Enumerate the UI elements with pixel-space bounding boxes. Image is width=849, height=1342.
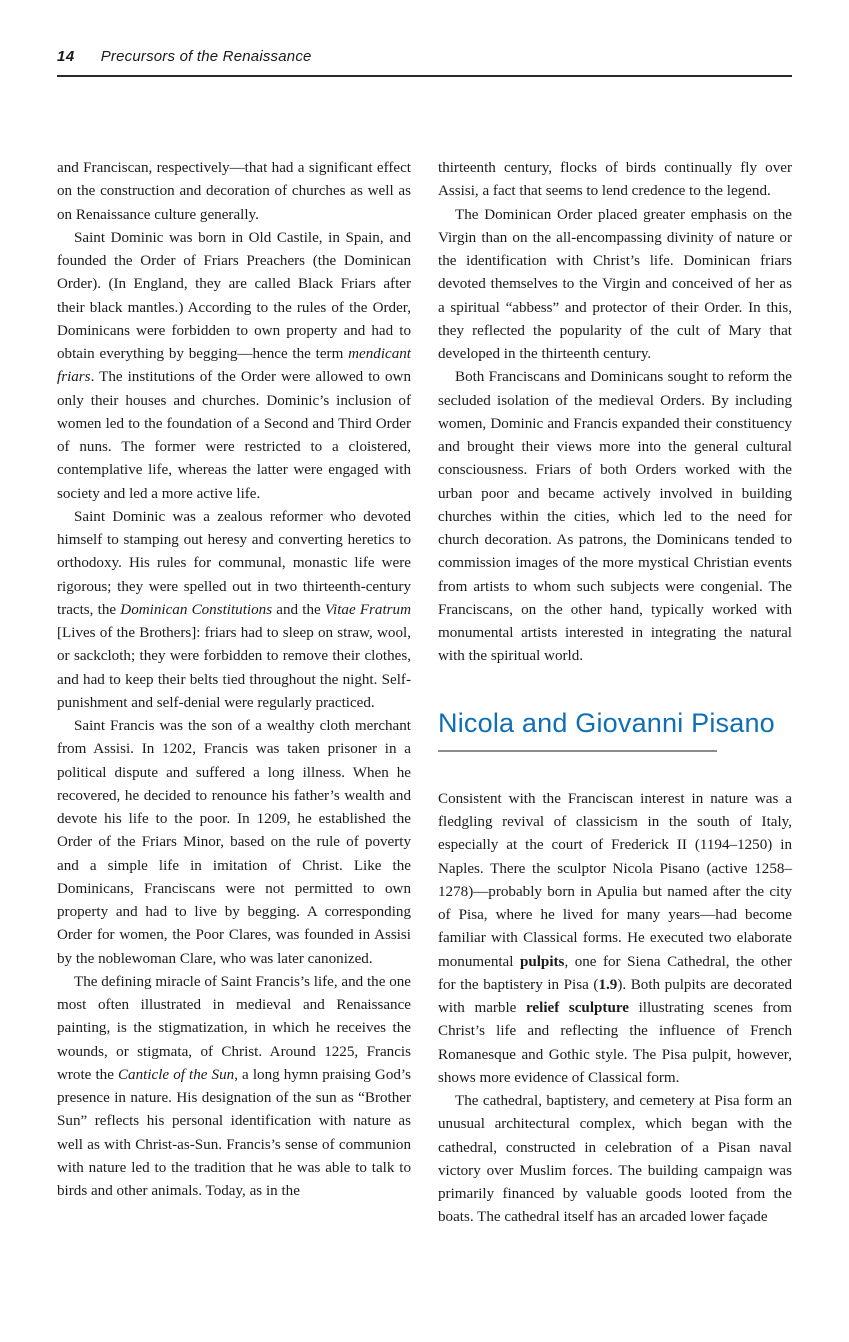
body-paragraph: The cathedral, baptistery, and cemetery …: [438, 1090, 792, 1230]
running-head: 14 Precursors of the Renaissance: [57, 48, 792, 77]
body-paragraph: thirteenth century, flocks of birds cont…: [438, 157, 792, 204]
body-paragraph: The defining miracle of Saint Francis’s …: [57, 971, 411, 1204]
body-paragraph: Saint Dominic was born in Old Castile, i…: [57, 227, 411, 506]
italic-text-run: Canticle of the Sun: [118, 1067, 234, 1083]
body-paragraph: Consistent with the Franciscan interest …: [438, 788, 792, 1090]
body-paragraph: The Dominican Order placed greater empha…: [438, 204, 792, 367]
two-column-text: and Franciscan, respectively—that had a …: [57, 157, 792, 1230]
italic-text-run: Vitae Fratrum: [325, 602, 411, 618]
text-run: [Lives of the Brothers]: friars had to s…: [57, 625, 411, 711]
text-run: The Dominican Order placed greater empha…: [438, 207, 792, 363]
text-run: The cathedral, baptistery, and cemetery …: [438, 1093, 792, 1225]
page-number: 14: [57, 48, 75, 65]
text-run: , a long hymn praising God’s presence in…: [57, 1067, 411, 1199]
text-run: Saint Dominic was born in Old Castile, i…: [57, 230, 411, 362]
section-heading: Nicola and Giovanni Pisano: [438, 712, 792, 735]
bold-text-run: 1.9: [598, 977, 617, 993]
text-run: Both Franciscans and Dominicans sought t…: [438, 369, 792, 664]
book-page: 14 Precursors of the Renaissance and Fra…: [0, 0, 849, 1342]
text-run: Saint Francis was the son of a wealthy c…: [57, 718, 411, 967]
body-paragraph: Both Franciscans and Dominicans sought t…: [438, 366, 792, 668]
text-run: . The institutions of the Order were all…: [57, 369, 411, 501]
running-head-title: Precursors of the Renaissance: [101, 48, 312, 65]
text-run: Consistent with the Franciscan interest …: [438, 791, 792, 970]
text-run: and the: [272, 602, 325, 618]
italic-text-run: Dominican Constitutions: [120, 602, 272, 618]
text-column-right: thirteenth century, flocks of birds cont…: [438, 157, 792, 1230]
bold-text-run: relief sculpture: [526, 1000, 629, 1016]
text-run: and Franciscan, respectively—that had a …: [57, 160, 411, 223]
section-heading-rule: [438, 750, 717, 752]
body-paragraph: Saint Francis was the son of a wealthy c…: [57, 715, 411, 971]
body-paragraph: Saint Dominic was a zealous reformer who…: [57, 506, 411, 715]
body-paragraph: and Franciscan, respectively—that had a …: [57, 157, 411, 227]
text-run: thirteenth century, flocks of birds cont…: [438, 160, 792, 199]
text-column-left: and Franciscan, respectively—that had a …: [57, 157, 411, 1230]
bold-text-run: pulpits: [520, 954, 564, 970]
